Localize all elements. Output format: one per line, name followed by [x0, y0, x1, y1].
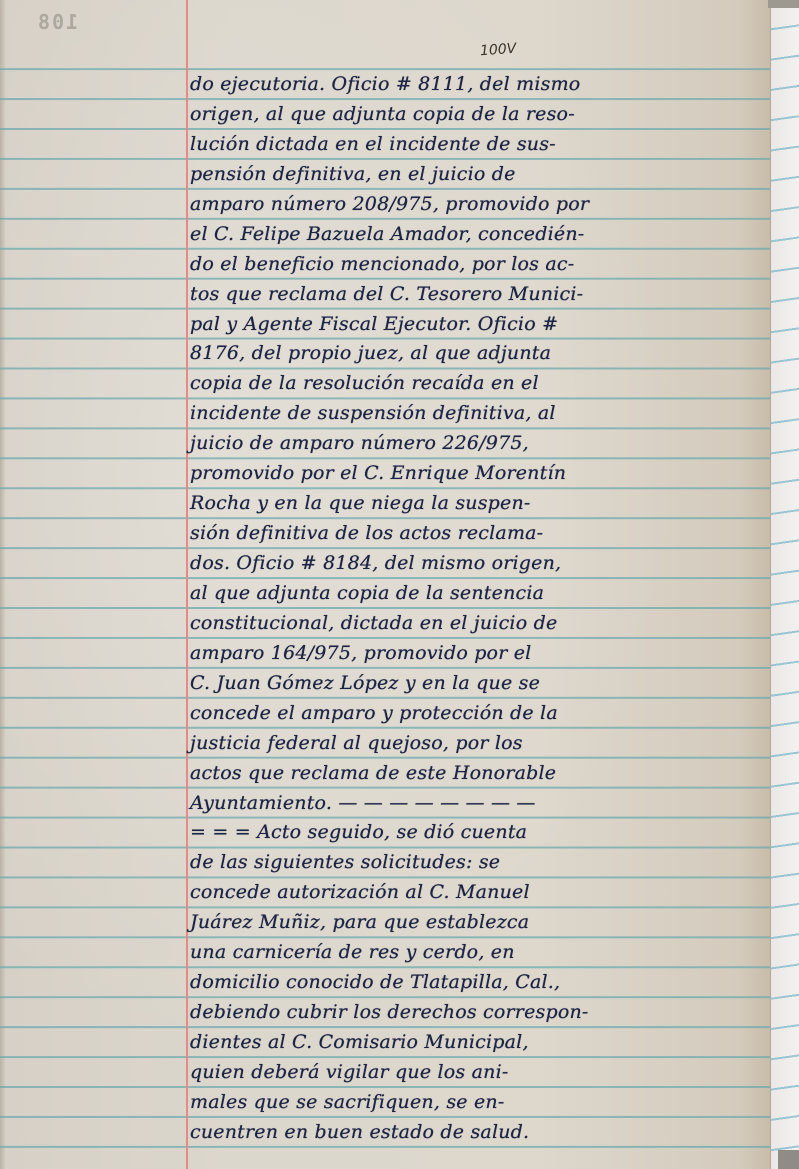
page-shadow-bottom	[778, 1150, 799, 1169]
text-line: pensión definitiva, en el juicio de	[190, 160, 770, 190]
text-line: domicilio conocido de Tlatapilla, Cal.,	[190, 968, 770, 998]
text-line: copia de la resolución recaída en el	[190, 369, 770, 399]
text-line: debiendo cubrir los derechos correspon-	[190, 998, 770, 1028]
page-shadow-top	[768, 0, 799, 8]
page-number-stamp: 108	[36, 10, 78, 34]
text-line: amparo 164/975, promovido por el	[190, 639, 770, 669]
text-line: juicio de amparo número 226/975,	[190, 429, 770, 459]
text-line: dientes al C. Comisario Municipal,	[190, 1028, 770, 1058]
text-line: C. Juan Gómez López y en la que se	[190, 669, 770, 699]
text-line: dos. Oficio # 8184, del mismo origen,	[190, 549, 770, 579]
text-line: males que se sacrifiquen, se en-	[190, 1088, 770, 1118]
text-line: amparo número 208/975, promovido por	[190, 190, 770, 220]
text-line: concede autorización al C. Manuel	[190, 878, 770, 908]
text-line: incidente de suspensión definitiva, al	[190, 399, 770, 429]
ledger-page: 108 100V do ejecutoria. Oficio # 8111, d…	[0, 0, 770, 1169]
text-line: 8176, del propio juez, al que adjunta	[190, 339, 770, 369]
text-line: origen, al que adjunta copia de la reso-	[190, 100, 770, 130]
text-line: Rocha y en la que niega la suspen-	[190, 489, 770, 519]
text-line: pal y Agente Fiscal Ejecutor. Oficio #	[190, 310, 770, 340]
text-line: do ejecutoria. Oficio # 8111, del mismo	[190, 70, 770, 100]
text-line: tos que reclama del C. Tesorero Munici-	[190, 280, 770, 310]
text-line: promovido por el C. Enrique Morentín	[190, 459, 770, 489]
text-line: justicia federal al quejoso, por los	[190, 729, 770, 759]
text-line: una carnicería de res y cerdo, en	[190, 938, 770, 968]
text-line: Ayuntamiento. — — — — — — — —	[190, 789, 770, 819]
text-line: al que adjunta copia de la sentencia	[190, 579, 770, 609]
text-line: do el beneficio mencionado, por los ac-	[190, 250, 770, 280]
text-line: lución dictada en el incidente de sus-	[190, 130, 770, 160]
text-line: quien deberá vigilar que los ani-	[190, 1058, 770, 1088]
text-line: cuentren en buen estado de salud.	[190, 1118, 770, 1148]
text-line: de las siguientes solicitudes: se	[190, 848, 770, 878]
folio-number: 100V	[479, 41, 516, 59]
red-margin-line	[186, 0, 188, 1169]
text-line: actos que reclama de este Honorable	[190, 759, 770, 789]
text-line: = = = Acto seguido, se dió cuenta	[190, 818, 770, 848]
text-line: constitucional, dictada en el juicio de	[190, 609, 770, 639]
text-line: concede el amparo y protección de la	[190, 699, 770, 729]
text-line: sión definitiva de los actos reclama-	[190, 519, 770, 549]
text-line: el C. Felipe Bazuela Amador, concedién-	[190, 220, 770, 250]
text-line: Juárez Muñiz, para que establezca	[190, 908, 770, 938]
next-page-edge	[770, 0, 799, 1169]
handwritten-text: do ejecutoria. Oficio # 8111, del mismo …	[190, 70, 770, 1148]
